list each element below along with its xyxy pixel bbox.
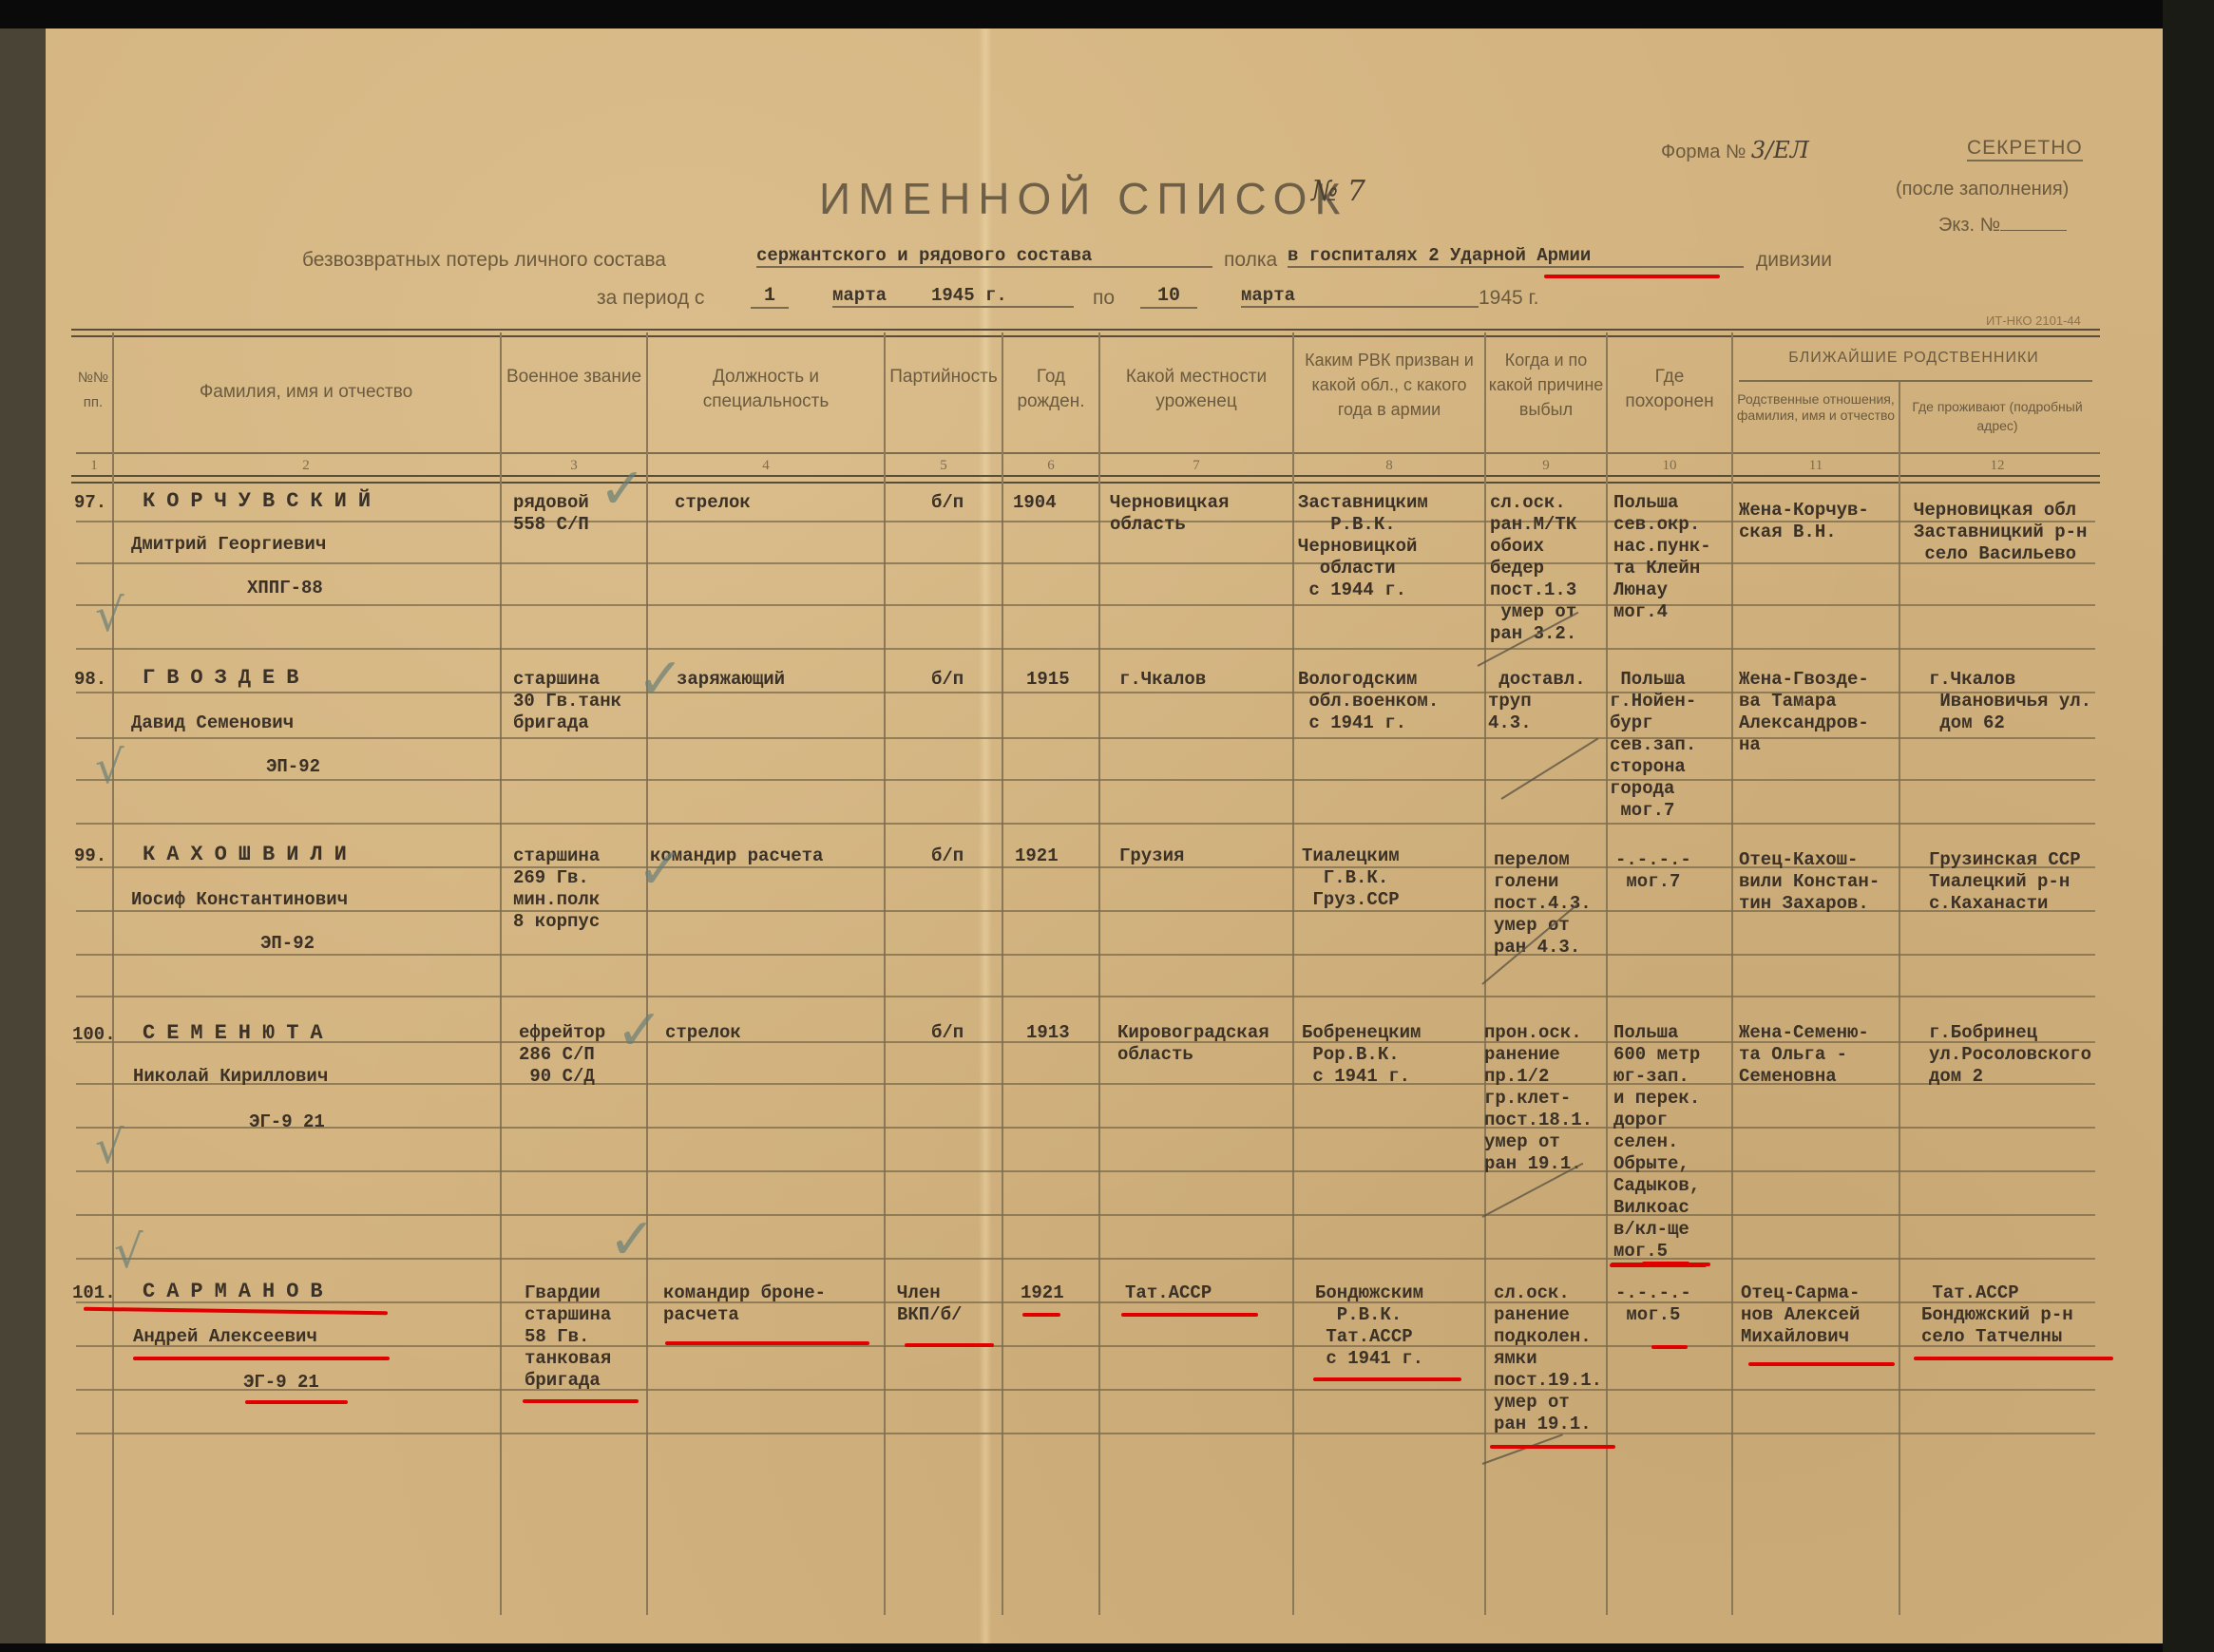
- scan-border-left: [0, 28, 46, 1643]
- col-divider: [884, 332, 886, 1615]
- highlight-underline: [1748, 1362, 1895, 1366]
- col-header-5: Партийность: [888, 365, 1000, 389]
- header-divider: [76, 452, 2100, 454]
- period-to-year: 1945 г.: [1479, 287, 1538, 310]
- given-name: Давид Семенович: [131, 712, 294, 734]
- col-divider: [1484, 332, 1486, 1615]
- given-name: Андрей Алексеевич: [133, 1326, 317, 1348]
- col-number: 8: [1296, 458, 1482, 474]
- secret-stamp: СЕКРЕТНО: [1967, 137, 2083, 161]
- header-line-1-prefix: безвозвратных потерь личного состава: [302, 249, 666, 272]
- position: заряжающий: [677, 669, 785, 691]
- col-number: 5: [888, 458, 1000, 474]
- party: б/п: [931, 1022, 964, 1044]
- col-divider: [1731, 332, 1733, 1615]
- rank: Гвардии старшина 58 Гв. танковая бригада: [525, 1282, 611, 1392]
- burial-place: Польша г.Нойен- бург сев.зап. сторона го…: [1610, 669, 1696, 822]
- highlight-underline: [1121, 1313, 1258, 1317]
- highlight-underline: [905, 1343, 994, 1347]
- highlight-underline: [1914, 1357, 2113, 1360]
- check-mark-icon: ✓: [616, 997, 663, 1064]
- col-number: 6: [1005, 458, 1097, 474]
- col-number: 11: [1735, 458, 1897, 474]
- highlight-underline: [1544, 275, 1720, 278]
- highlight-underline: [1022, 1313, 1060, 1317]
- relative-address: г.Бобринец ул.Росоловского дом 2: [1929, 1022, 2091, 1088]
- highlight-underline: [1611, 1263, 1710, 1266]
- highlight-underline: [523, 1399, 639, 1403]
- personnel-category: сержантского и рядового состава: [756, 245, 1212, 268]
- check-mark-icon: ✓: [637, 646, 684, 712]
- check-mark-icon: √: [114, 1225, 143, 1279]
- birth-year: 1921: [1021, 1282, 1064, 1304]
- col-header-1: №№ пп.: [74, 366, 112, 415]
- list-number-note: № 7: [1311, 175, 1365, 208]
- rvk: Бондюжским Р.В.К. Тат.АССР с 1941 г.: [1315, 1282, 1423, 1370]
- birth-year: 1913: [1026, 1022, 1070, 1044]
- highlight-underline: [665, 1341, 869, 1345]
- relative-address: Тат.АССР Бондюжский р-н село Татчелны: [1921, 1282, 2073, 1348]
- relative: Отец-Сарма- нов Алексей Михайлович: [1741, 1282, 1860, 1348]
- row-number: 101.: [72, 1282, 116, 1304]
- unit-code: ЭГ-9 21: [243, 1372, 319, 1394]
- check-mark-icon: ✓: [599, 456, 646, 522]
- col-header-8: Каким РВК призван и какой обл., с какого…: [1296, 348, 1482, 422]
- form-code: ИТ-НКО 2101-44: [1986, 313, 2081, 328]
- position: командир броне- расчета: [663, 1282, 826, 1326]
- unit-name: в госпиталях 2 Ударной Армии: [1288, 245, 1744, 268]
- unit-code: ХППГ-88: [247, 578, 323, 599]
- highlight-underline: [1490, 1445, 1615, 1449]
- period-to-month: марта: [1241, 285, 1479, 308]
- relative: Жена-Гвозде- ва Тамара Александров- на: [1739, 669, 1869, 756]
- relative: Жена-Корчув- ская В.Н.: [1739, 500, 1869, 543]
- copy-number-label: Экз. №: [1938, 215, 2067, 237]
- relatives-group-divider: [1739, 380, 2092, 382]
- rvk: Вологодским обл.военком. с 1941 г.: [1298, 669, 1439, 734]
- row-number: 97.: [74, 492, 106, 514]
- col-header-11: Родственные отношения, фамилия, имя и от…: [1735, 391, 1897, 424]
- check-mark-icon: √: [95, 589, 124, 642]
- col-header-6: Год рожден.: [1005, 365, 1097, 414]
- rank: старшина 30 Гв.танк бригада: [513, 669, 621, 734]
- col-divider: [500, 332, 502, 1615]
- period-from-year: 1945 г.: [931, 285, 1074, 308]
- col-divider: [1098, 332, 1100, 1615]
- origin: Тат.АССР: [1125, 1282, 1212, 1304]
- row-number: 98.: [74, 669, 106, 691]
- relative: Отец-Кахош- вили Констан- тин Захаров.: [1739, 849, 1880, 915]
- col-number: 2: [114, 458, 498, 474]
- origin: г.Чкалов: [1119, 669, 1206, 691]
- check-mark-icon: ✓: [608, 1206, 656, 1273]
- party: б/п: [931, 669, 964, 691]
- period-prefix: за период с: [597, 287, 704, 310]
- surname: КАХОШВИЛИ: [143, 844, 358, 865]
- scan-border-right: [2163, 0, 2214, 1652]
- table-top-border: [71, 329, 2100, 337]
- highlight-underline: [245, 1400, 348, 1404]
- reason: сл.оск. ранение подколен. ямки пост.19.1…: [1494, 1282, 1602, 1435]
- col-number: 10: [1610, 458, 1729, 474]
- unit-code: ЭП-92: [260, 933, 315, 955]
- form-label: Форма № 3/ЕЛ: [1661, 137, 1809, 163]
- rank: рядовой 558 С/П: [513, 492, 589, 536]
- reason: сл.оск. ран.М/ТК обоих бедер пост.1.3 ум…: [1490, 492, 1576, 645]
- col-divider: [1292, 332, 1294, 1615]
- col-number: 7: [1102, 458, 1290, 474]
- header-polka-label: полка: [1224, 249, 1277, 272]
- col-header-4: Должность и специальность: [650, 365, 882, 414]
- col-header-3: Военное звание: [504, 365, 644, 389]
- row-number: 99.: [74, 845, 106, 867]
- origin: Кировоградская область: [1117, 1022, 1269, 1066]
- surname: ГВОЗДЕВ: [143, 667, 310, 689]
- period-to-day: 10: [1140, 285, 1197, 309]
- relative: Жена-Семеню- та Ольга - Семеновна: [1739, 1022, 1869, 1088]
- given-name: Николай Кириллович: [133, 1066, 328, 1088]
- period-to-label: по: [1093, 287, 1115, 310]
- col-header-10: Где похоронен: [1610, 365, 1729, 414]
- reason: прон.оск. ранение пр.1/2 гр.клет- пост.1…: [1484, 1022, 1593, 1175]
- period-from-day: 1: [751, 285, 789, 309]
- origin: Черновицкая область: [1110, 492, 1229, 536]
- check-mark-icon: ✓: [637, 836, 684, 902]
- surname: КОРЧУВСКИЙ: [143, 490, 382, 512]
- relatives-group-header: БЛИЖАЙШИЕ РОДСТВЕННИКИ: [1735, 346, 2092, 370]
- rank: старшина 269 Гв. мин.полк 8 корпус: [513, 845, 600, 933]
- birth-year: 1915: [1026, 669, 1070, 691]
- highlight-underline: [1313, 1377, 1461, 1381]
- birth-year: 1904: [1013, 492, 1057, 514]
- rvk: Бобренецким Рор.В.К. с 1941 г.: [1302, 1022, 1421, 1088]
- col-number: 12: [1902, 458, 2092, 474]
- given-name: Дмитрий Георгиевич: [131, 534, 326, 556]
- col-header-9: Когда и по какой причине выбыл: [1488, 348, 1604, 422]
- col-header-7: Какой местности уроженец: [1102, 365, 1290, 414]
- document-title: ИМЕННОЙ СПИСОК: [819, 173, 1347, 224]
- paper-fold: [979, 28, 992, 1643]
- check-mark-icon: √: [95, 741, 124, 794]
- col-divider: [112, 332, 114, 1615]
- col-number: 1: [76, 458, 112, 474]
- col-number: 4: [650, 458, 882, 474]
- burial-place: Польша сев.окр. нас.пунк- та Клейн Люнау…: [1613, 492, 1711, 623]
- burial-place: -.-.-.- мог.7: [1615, 849, 1691, 893]
- period-from-month: марта: [832, 285, 937, 308]
- col-divider: [1606, 332, 1608, 1615]
- col-header-2: Фамилия, имя и отчество: [114, 380, 498, 405]
- unit-code: ЭП-92: [266, 756, 320, 778]
- relative-address: Грузинская ССР Тиалецкий р-н с.Каханасти: [1929, 849, 2081, 915]
- surname: САРМАНОВ: [143, 1281, 334, 1302]
- origin: Грузия: [1119, 845, 1184, 867]
- reason: доставл. труп 4.3.: [1488, 669, 1586, 734]
- row-number: 100.: [72, 1024, 116, 1046]
- col-divider: [1002, 332, 1003, 1615]
- position: стрелок: [675, 492, 751, 514]
- burial-place: Польша 600 метр юг-зап. и перек. дорог с…: [1613, 1022, 1700, 1263]
- relative-address: Черновицкая обл Заставницкий р-н село Ва…: [1914, 500, 2087, 565]
- rvk: Тиалецким Г.В.К. Груз.ССР: [1302, 845, 1400, 911]
- col-divider: [1899, 382, 1900, 1615]
- col-number: 9: [1488, 458, 1604, 474]
- form-number: 3/ЕЛ: [1751, 137, 1809, 163]
- col-divider: [646, 332, 648, 1615]
- rvk: Заставницким Р.В.К. Черновицкой области …: [1298, 492, 1428, 601]
- party: Член ВКП/б/: [897, 1282, 962, 1326]
- relative-address: г.Чкалов Ивановичья ул. дом 62: [1929, 669, 2091, 734]
- rank: ефрейтор 286 С/П 90 С/Д: [519, 1022, 605, 1088]
- highlight-underline: [1651, 1345, 1688, 1349]
- position: стрелок: [665, 1022, 741, 1044]
- birth-year: 1921: [1015, 845, 1059, 867]
- header-division-label: дивизии: [1756, 249, 1832, 272]
- after-filling-note: (после заполнения): [1896, 179, 2069, 200]
- unit-code: ЭГ-9 21: [249, 1111, 325, 1133]
- surname: СЕМЕНЮТА: [143, 1022, 334, 1044]
- check-mark-icon: √: [95, 1121, 124, 1174]
- burial-place: -.-.-.- мог.5: [1615, 1282, 1691, 1326]
- col-header-12: Где проживают (подробный адрес): [1902, 397, 2092, 435]
- given-name: Иосиф Константинович: [131, 889, 348, 911]
- party: б/п: [931, 492, 964, 514]
- party: б/п: [931, 845, 964, 867]
- highlight-underline: [133, 1357, 390, 1360]
- header-bottom-border: [71, 475, 2100, 484]
